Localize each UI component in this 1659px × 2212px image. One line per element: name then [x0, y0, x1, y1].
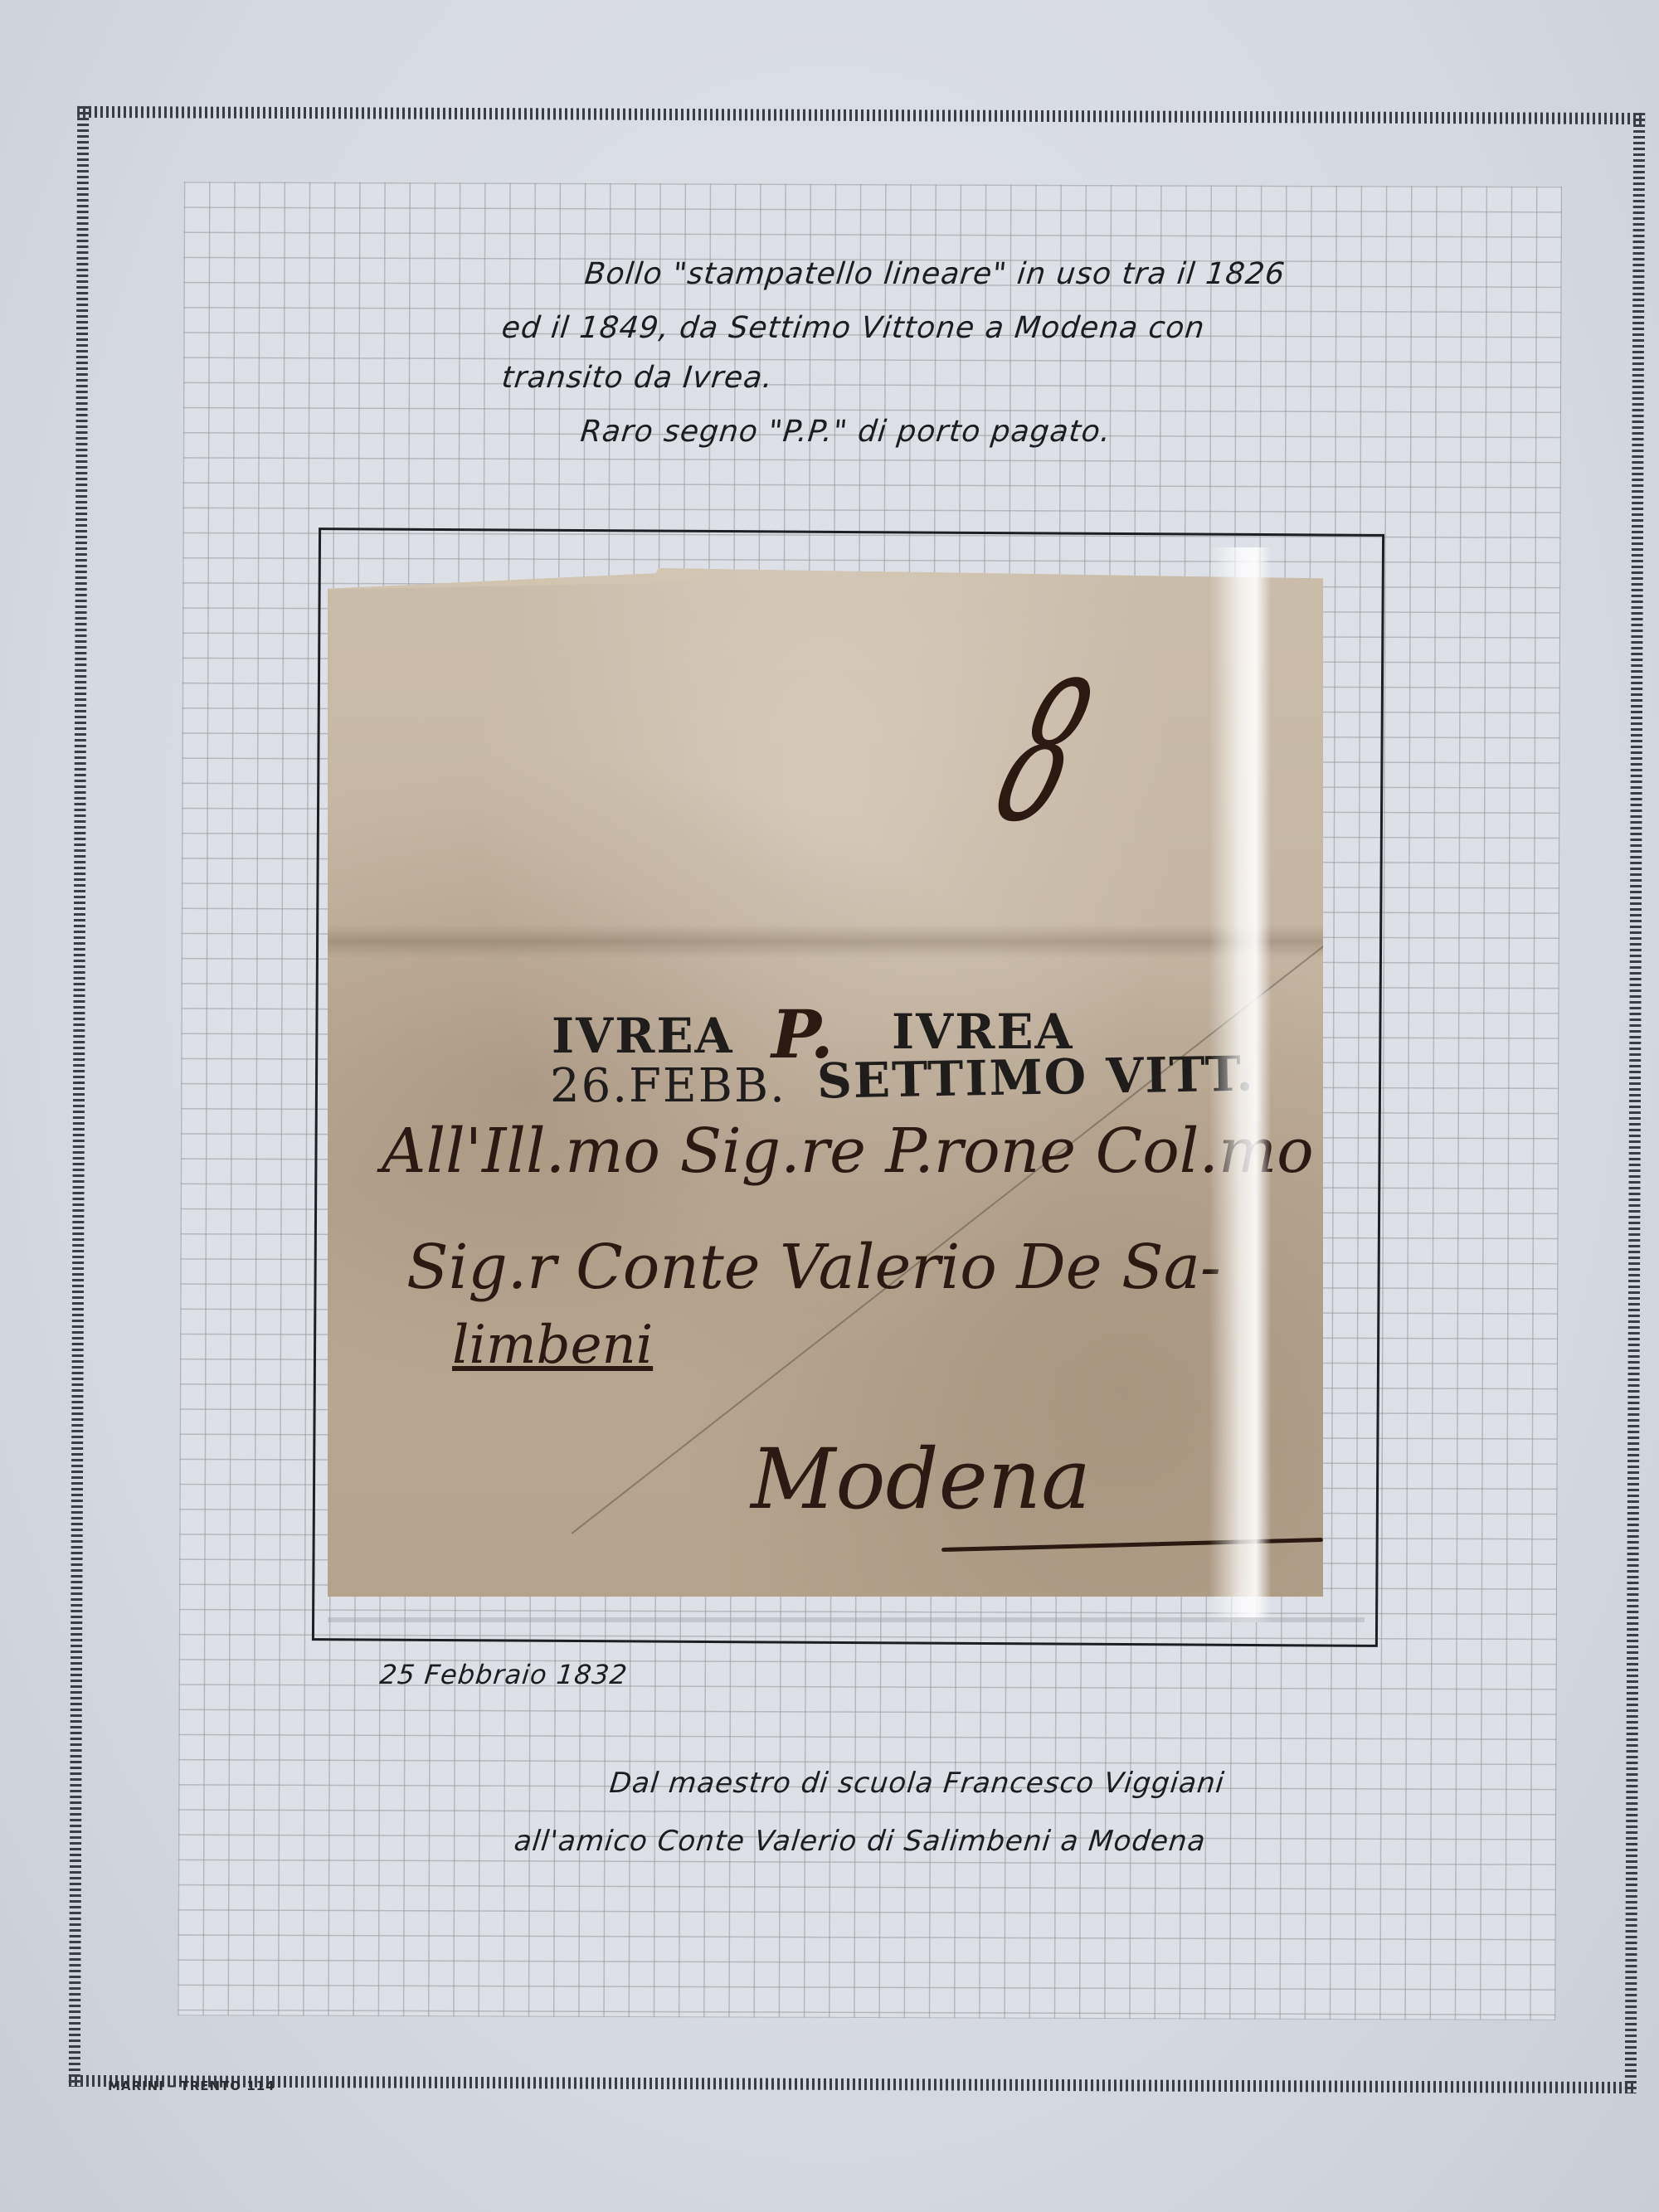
album-page: Bollo "stampatello lineare" in uso tra i… [0, 0, 1659, 2212]
frame-top-edge [77, 106, 1645, 124]
annotation-line-1: Bollo "stampatello lineare" in uso tra i… [583, 257, 1287, 291]
frame-left-edge [69, 106, 89, 2087]
annotation-line-2: ed il 1849, da Settimo Vittone a Modena … [500, 311, 1207, 345]
annotation-line-3: transito da Ivrea. [500, 361, 775, 395]
frame-right-edge [1625, 113, 1645, 2093]
bottom-annotation-line-2: all'amico Conte Valerio di Salimbeni a M… [513, 1825, 1208, 1858]
annotation-line-4: Raro segno "P.P." di porto pagato. [579, 415, 1113, 449]
bottom-annotation-line-1: Dal maestro di scuola Francesco Viggiani [608, 1767, 1226, 1800]
plastic-sleeve [328, 547, 1365, 1622]
frame-bottom-edge [69, 2075, 1637, 2093]
letter-date-annotation: 25 Febbraio 1832 [378, 1659, 629, 1690]
album-publisher-imprint: MARINI - TRENTO 114 [108, 2078, 275, 2093]
